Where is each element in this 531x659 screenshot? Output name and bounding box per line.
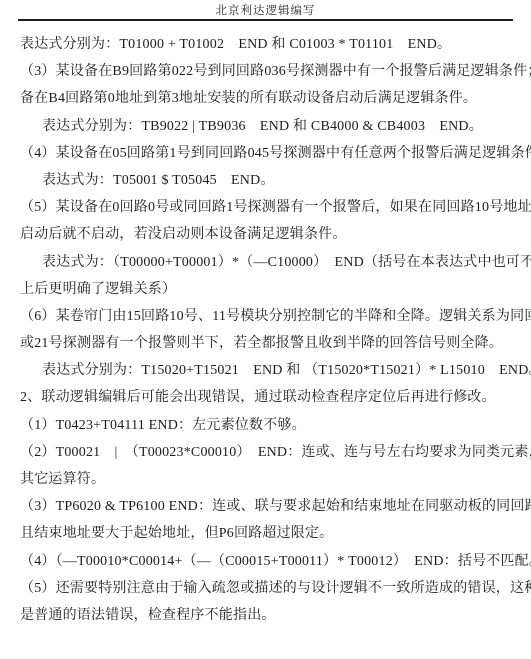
doc-line: （2）T00021 | （T00023*C00010） END：连或、连与号左右… <box>20 439 512 466</box>
doc-line: 表达式分别为：TB9022 | TB9036 END 和 CB4000 & CB… <box>20 113 512 140</box>
doc-line: 表达式分别为：T15020+T15021 END 和 （T15020*T1502… <box>20 357 512 384</box>
doc-line: 启动后就不启动，若没启动则本设备满足逻辑条件。 <box>20 221 512 248</box>
doc-line: （5）还需要特别注意由于输入疏忽或描述的与设计逻辑不一致所造成的错误，这种错误不 <box>20 575 512 602</box>
doc-line: 备在B4回路第0地址到第3地址安装的所有联动设备启动后满足逻辑条件。 <box>20 85 512 112</box>
doc-line: 其它运算符。 <box>20 466 512 493</box>
doc-line: （3）TP6020 & TP6100 END：连或、联与要求起始和结束地址在同驱… <box>20 493 512 520</box>
doc-line: 且结束地址要大于起始地址，但P6回路超过限定。 <box>20 520 512 547</box>
document-page: 北京利达逻辑编写 表达式分别为：T01000 + T01002 END 和 C0… <box>0 0 531 659</box>
page-header-title: 北京利达逻辑编写 <box>0 4 531 18</box>
document-body: 表达式分别为：T01000 + T01002 END 和 C01003 * T0… <box>20 31 512 629</box>
doc-line: （4）（—T00010*C00014+（—（C00015+T00011）* T0… <box>20 548 512 575</box>
doc-line: 是普通的语法错误，检查程序不能指出。 <box>20 602 512 629</box>
doc-line: 上后更明确了逻辑关系） <box>20 276 512 303</box>
doc-line: 表达式为：T05001 $ T05045 END。 <box>20 167 512 194</box>
doc-line: （1）T0423+T04111 END：左元素位数不够。 <box>20 412 512 439</box>
doc-line: 表达式为：（T00000+T00001）*（—C10000） END（括号在本表… <box>20 249 512 276</box>
doc-line: 表达式分别为：T01000 + T01002 END 和 C01003 * T0… <box>20 31 512 58</box>
doc-line: （3）某设备在B9回路第022号到同回路036号探测器中有一个报警后满足逻辑条件… <box>20 58 512 85</box>
doc-line: 2、联动逻辑编辑后可能会出现错误，通过联动检查程序定位后再进行修改。 <box>20 384 512 411</box>
header-rule <box>18 19 513 21</box>
doc-line: （6）某卷帘门由15回路10号、11号模块分别控制它的半降和全降。逻辑关系为同回… <box>20 303 512 330</box>
doc-line: （5）某设备在0回路0号或同回路1号探测器有一个报警后，如果在同回路10号地址联… <box>20 194 512 221</box>
doc-line: （4）某设备在05回路第1号到同回路045号探测器中有任意两个报警后满足逻辑条件… <box>20 140 512 167</box>
doc-line: 或21号探测器有一个报警则半下，若全都报警且收到半降的回答信号则全降。 <box>20 330 512 357</box>
